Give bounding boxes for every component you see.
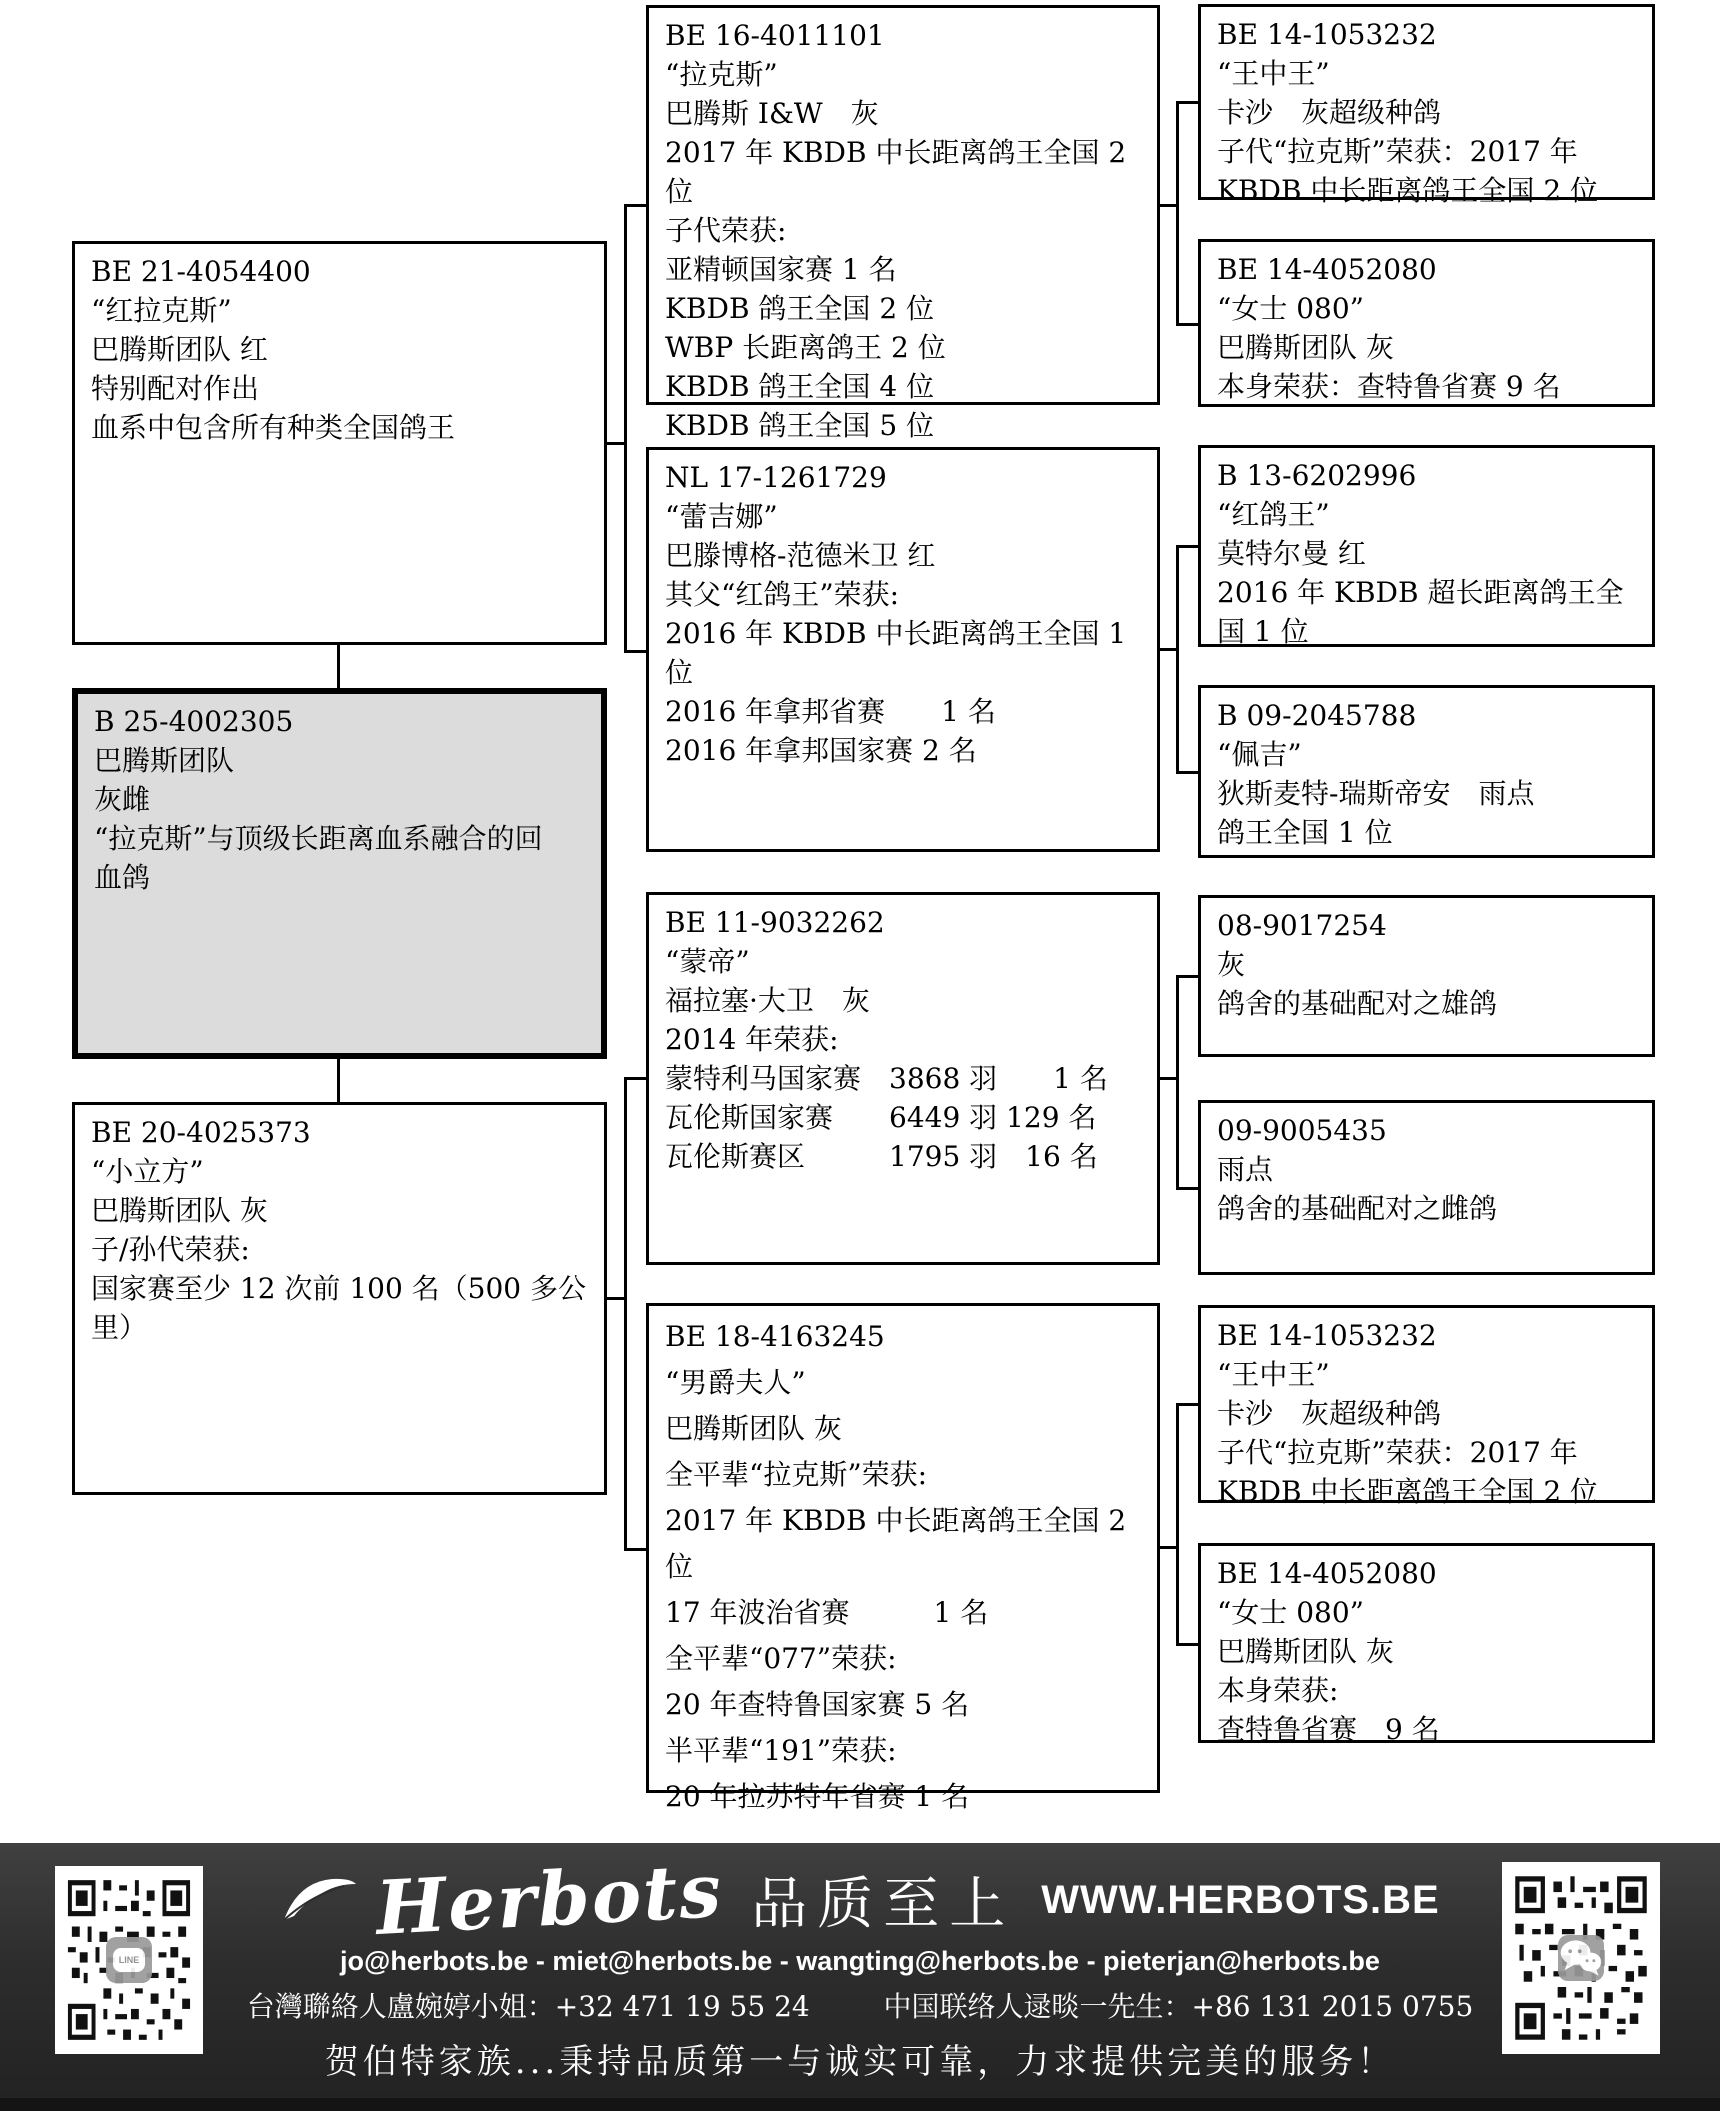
pedigree-box-mff: 08-9017254灰鸽舍的基础配对之雄鸽 [1198,895,1655,1057]
text-line: 狄斯麦特-瑞斯帝安 雨点 [1217,774,1636,813]
text-line: B 09-2045788 [1217,696,1636,735]
text-line: KBDB 鸽王全国 5 位 [665,406,1141,445]
pedigree-box-ff: BE 16-4011101“拉克斯”巴腾斯 I&W 灰2017 年 KBDB 中… [646,5,1160,405]
text-line: BE 18-4163245 [665,1314,1141,1360]
text-line: “小立方” [91,1152,588,1191]
text-line: “男爵夫人” [665,1360,1141,1406]
connector-line [1176,1403,1179,1646]
text-line: BE 14-1053232 [1217,1316,1636,1355]
text-line: 巴腾斯团队 灰 [1217,328,1636,367]
brand-row: Herbots 品质至上 WWW.HERBOTS.BE [280,1860,1439,1940]
footer-bottom-strip [0,2098,1720,2111]
text-line: 其父“红鸽王”荣获: [665,575,1141,614]
text-line: 巴腾斯团队 红 [91,330,588,369]
pedigree-box-mfm: 09-9005435雨点鸽舍的基础配对之雌鸽 [1198,1100,1655,1275]
text-line: 子/孙代荣获: [91,1230,588,1269]
connector-line [1176,975,1179,1190]
text-line: 瓦伦斯赛区 1795 羽 16 名 [665,1137,1141,1176]
text-line: “佩吉” [1217,735,1636,774]
text-line: 血鸽 [94,858,585,897]
text-line: 蒙特利马国家赛 3868 羽 1 名 [665,1059,1141,1098]
text-line: BE 11-9032262 [665,903,1141,942]
text-line: BE 16-4011101 [665,16,1141,55]
text-line: BE 14-4052080 [1217,250,1636,289]
connector-line [1176,323,1198,326]
pedigree-box-fmf: B 13-6202996“红鸽王”莫特尔曼 红2016 年 KBDB 超长距离鸽… [1198,445,1655,647]
pedigree-box-mmm: BE 14-4052080“女士 080”巴腾斯团队 灰本身荣获:查特鲁省赛 9… [1198,1543,1655,1743]
text-line: B 25-4002305 [94,702,585,741]
text-line: BE 21-4054400 [91,252,588,291]
connector-line [1176,1643,1198,1646]
text-line: 查特鲁省赛 9 名 [1217,1710,1636,1749]
contact-line: 台灣聯絡人盧婉婷小姐：+32 471 19 55 24 中国联络人逯晱一先生：+… [247,1985,1474,2025]
text-line: 子代荣获: [665,211,1141,250]
text-line: 雨点 [1217,1150,1636,1189]
connector-line [1176,1187,1198,1190]
text-line: 2016 年拿邦省赛 1 名 [665,692,1141,731]
text-line: 鸽舍的基础配对之雄鸽 [1217,984,1636,1023]
contact-china: 中国联络人逯晱一先生：+86 131 2015 0755 [884,1990,1474,2023]
text-line: 2017 年 KBDB 中长距离鸽王全国 2 位 [665,133,1141,211]
text-line: 灰 [1217,945,1636,984]
connector-line [624,1077,627,1551]
pedigree-box-fm: NL 17-1261729“蕾吉娜”巴滕博格-范德米卫 红其父“红鸽王”荣获:2… [646,447,1160,852]
feather-icon [280,1874,358,1926]
connector-line [624,1548,646,1551]
pedigree-box-ffm: BE 14-4052080“女士 080”巴腾斯团队 灰本身荣获：查特鲁省赛 9… [1198,239,1655,407]
email-addresses: jo@herbots.be - miet@herbots.be - wangti… [340,1946,1380,1977]
text-line: “红鸽王” [1217,495,1636,534]
text-line: 巴腾斯 I&W 灰 [665,94,1141,133]
text-line: 巴腾斯团队 灰 [665,1406,1141,1452]
text-line: BE 20-4025373 [91,1113,588,1152]
text-line: 莫特尔曼 红 [1217,534,1636,573]
pedigree-box-mother: BE 20-4025373“小立方”巴腾斯团队 灰子/孙代荣获:国家赛至少 12… [72,1102,607,1495]
text-line: 2016 年 KBDB 超长距离鸽王全 [1217,573,1636,612]
text-line: 本身荣获：查特鲁省赛 9 名 [1217,367,1636,406]
brand-chinese-tagline: 品质至上 [751,1860,1015,1940]
line-qr-code: LINE [55,1866,203,2054]
text-line: 巴腾斯团队 灰 [1217,1632,1636,1671]
text-line: 20 年查特鲁国家赛 5 名 [665,1682,1141,1728]
connector-line [337,645,340,691]
text-line: KBDB 中长距离鸽王全国 2 位 [1217,1472,1636,1511]
text-line: “女士 080” [1217,289,1636,328]
connector-line [1176,771,1198,774]
text-line: 卡沙 灰超级种鸽 [1217,93,1636,132]
text-line: “蒙帝” [665,942,1141,981]
text-line: 全平辈“拉克斯”荣获: [665,1452,1141,1498]
connector-line [1176,545,1179,774]
text-line: 血系中包含所有种类全国鸽王 [91,408,588,447]
text-line: 巴滕博格-范德米卫 红 [665,536,1141,575]
text-line: BE 14-1053232 [1217,15,1636,54]
pedigree-box-mf: BE 11-9032262“蒙帝”福拉塞·大卫 灰2014 年荣获:蒙特利马国家… [646,892,1160,1265]
connector-line [1176,545,1198,548]
connector-line [624,1077,646,1080]
text-line: 20 年拉苏特年省赛 1 名 [665,1774,1141,1820]
pedigree-box-father: BE 21-4054400“红拉克斯”巴腾斯团队 红特别配对作出血系中包含所有种… [72,241,607,645]
text-line: 2017 年 KBDB 中长距离鸽王全国 2 位 [665,1498,1141,1590]
text-line: KBDB 鸽王全国 4 位 [665,367,1141,406]
text-line: 本身荣获: [1217,1671,1636,1710]
text-line: 2016 年 KBDB 中长距离鸽王全国 1 位 [665,614,1141,692]
pedigree-box-subject: B 25-4002305巴腾斯团队灰雌“拉克斯”与顶级长距离血系融合的回血鸽 [72,688,607,1059]
text-line: NL 17-1261729 [665,458,1141,497]
connector-line [337,1059,340,1105]
text-line: 里） [91,1308,588,1347]
text-line: 鸽舍的基础配对之雌鸽 [1217,1189,1636,1228]
text-line: 17 年波治省赛 1 名 [665,1590,1141,1636]
text-line: “蕾吉娜” [665,497,1141,536]
pedigree-box-mm: BE 18-4163245“男爵夫人”巴腾斯团队 灰全平辈“拉克斯”荣获:201… [646,1303,1160,1793]
pedigree-box-fff: BE 14-1053232“王中王”卡沙 灰超级种鸽子代“拉克斯”荣获：2017… [1198,4,1655,200]
text-line: KBDB 鸽王全国 2 位 [665,289,1141,328]
text-line: 2014 年荣获: [665,1020,1141,1059]
text-line: B 13-6202996 [1217,456,1636,495]
wechat-qr-code [1502,1862,1660,2054]
text-line: “王中王” [1217,54,1636,93]
text-line: “红拉克斯” [91,291,588,330]
text-line: KBDB 中长距离鸽王全国 2 位 [1217,171,1636,210]
contact-taiwan: 台灣聯絡人盧婉婷小姐：+32 471 19 55 24 [247,1990,810,2023]
text-line: 灰雌 [94,780,585,819]
text-line: 巴腾斯团队 [94,741,585,780]
connector-line [624,204,627,653]
text-line: 子代“拉克斯”荣获：2017 年 [1217,1433,1636,1472]
footer-content: Herbots 品质至上 WWW.HERBOTS.BE jo@herbots.b… [225,1843,1495,2098]
text-line: “拉克斯” [665,55,1141,94]
text-line: WBP 长距离鸽王 2 位 [665,328,1141,367]
footer: LINE Herbots 品质至上 WWW.HERBOTS.BE jo@herb… [0,1843,1720,2111]
herbots-logo: Herbots [375,1854,725,1946]
text-line: 国家赛至少 12 次前 100 名（500 多公 [91,1269,588,1308]
connector-line [1176,975,1198,978]
pedigree-box-mmf: BE 14-1053232“王中王”卡沙 灰超级种鸽子代“拉克斯”荣获：2017… [1198,1305,1655,1503]
text-line: 国 1 位 [1217,612,1636,651]
pedigree-box-fmm: B 09-2045788“佩吉”狄斯麦特-瑞斯帝安 雨点鸽王全国 1 位 [1198,685,1655,858]
connector-line [624,650,646,653]
text-line: 08-9017254 [1217,906,1636,945]
text-line: 子代“拉克斯”荣获：2017 年 [1217,132,1636,171]
connector-line [624,204,646,207]
text-line: BE 14-4052080 [1217,1554,1636,1593]
pedigree-page: BE 21-4054400“红拉克斯”巴腾斯团队 红特别配对作出血系中包含所有种… [0,0,1720,2111]
text-line: 全平辈“077”荣获: [665,1636,1141,1682]
slogan-text: 贺伯特家族...秉持品质第一与诚实可靠，力求提供完美的服务！ [325,2034,1395,2083]
text-line: “王中王” [1217,1355,1636,1394]
text-line: “拉克斯”与顶级长距离血系融合的回 [94,819,585,858]
connector-line [1176,1403,1198,1406]
text-line: 巴腾斯团队 灰 [91,1191,588,1230]
text-line: 09-9005435 [1217,1111,1636,1150]
text-line: 鸽王全国 1 位 [1217,813,1636,852]
text-line: 卡沙 灰超级种鸽 [1217,1394,1636,1433]
wechat-icon [1558,1935,1604,1981]
text-line: 亚精顿国家赛 1 名 [665,250,1141,289]
text-line: 福拉塞·大卫 灰 [665,981,1141,1020]
text-line: 特别配对作出 [91,369,588,408]
website-url: WWW.HERBOTS.BE [1041,1878,1439,1923]
text-line: 半平辈“191”荣获: [665,1728,1141,1774]
text-line: “女士 080” [1217,1593,1636,1632]
text-line: 2016 年拿邦国家赛 2 名 [665,731,1141,770]
connector-line [1176,101,1198,104]
connector-line [1176,101,1179,326]
text-line: 瓦伦斯国家赛 6449 羽 129 名 [665,1098,1141,1137]
line-icon: LINE [106,1937,152,1983]
line-icon-label: LINE [113,1948,145,1972]
